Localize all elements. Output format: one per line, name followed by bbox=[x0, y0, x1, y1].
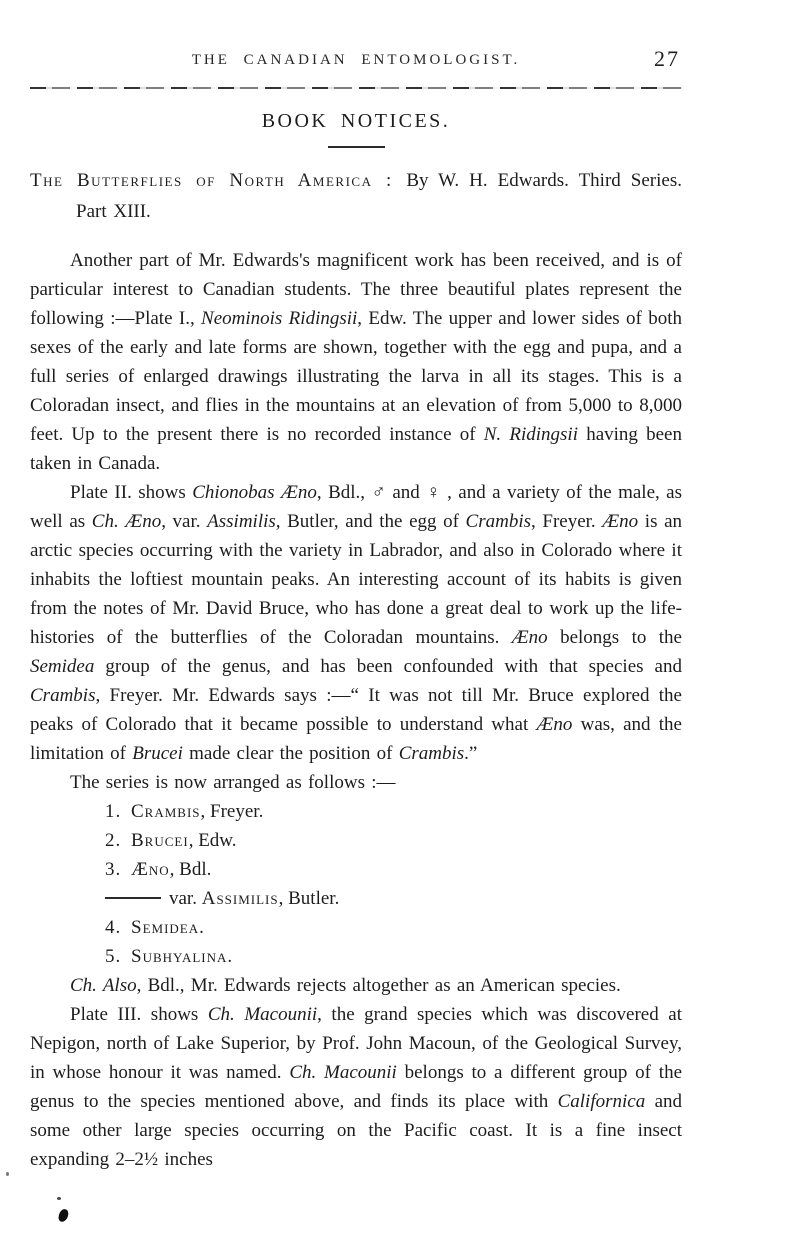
scan-speck bbox=[6, 1172, 9, 1176]
running-head: THE CANADIAN ENTOMOLOGIST. 27 bbox=[30, 52, 682, 69]
list-item: 1.Crambis, Freyer. bbox=[105, 797, 682, 826]
list-item: 4.Semidea. bbox=[105, 913, 682, 942]
ink-blot-artifact bbox=[58, 1208, 70, 1223]
list-item: 5.Subhyalina. bbox=[105, 942, 682, 971]
paragraph-plate-2: Plate II. shows Chionobas Æno, Bdl., ♂ a… bbox=[30, 478, 682, 768]
list-item: 3.Æno, Bdl. bbox=[105, 855, 682, 884]
paragraph-ch-also: Ch. Also, Bdl., Mr. Edwards rejects alto… bbox=[30, 971, 682, 1000]
paragraph-plate-3: Plate III. shows Ch. Macounii, the grand… bbox=[30, 1000, 682, 1174]
header-rule-divider bbox=[30, 87, 682, 89]
paragraph-series-intro: The series is now arranged as follows :— bbox=[30, 768, 682, 797]
section-title: BOOK NOTICES. bbox=[30, 110, 682, 133]
scanned-journal-page: THE CANADIAN ENTOMOLOGIST. 27 BOOK NOTIC… bbox=[0, 0, 800, 1249]
page-content: THE CANADIAN ENTOMOLOGIST. 27 BOOK NOTIC… bbox=[0, 0, 800, 1174]
scan-speck bbox=[57, 1197, 61, 1200]
page-number: 27 bbox=[654, 46, 680, 72]
list-item: 2.Brucei, Edw. bbox=[105, 826, 682, 855]
species-list: 1.Crambis, Freyer. 2.Brucei, Edw. 3.Æno,… bbox=[105, 797, 682, 971]
paragraph-plate-1: Another part of Mr. Edwards's magnificen… bbox=[30, 246, 682, 478]
book-notice-heading: The Butterflies of North America : By W.… bbox=[30, 165, 682, 227]
list-item-variety: var. Assimilis, Butler. bbox=[105, 884, 682, 913]
journal-title: THE CANADIAN ENTOMOLOGIST. bbox=[192, 52, 521, 68]
section-title-divider bbox=[328, 146, 385, 148]
